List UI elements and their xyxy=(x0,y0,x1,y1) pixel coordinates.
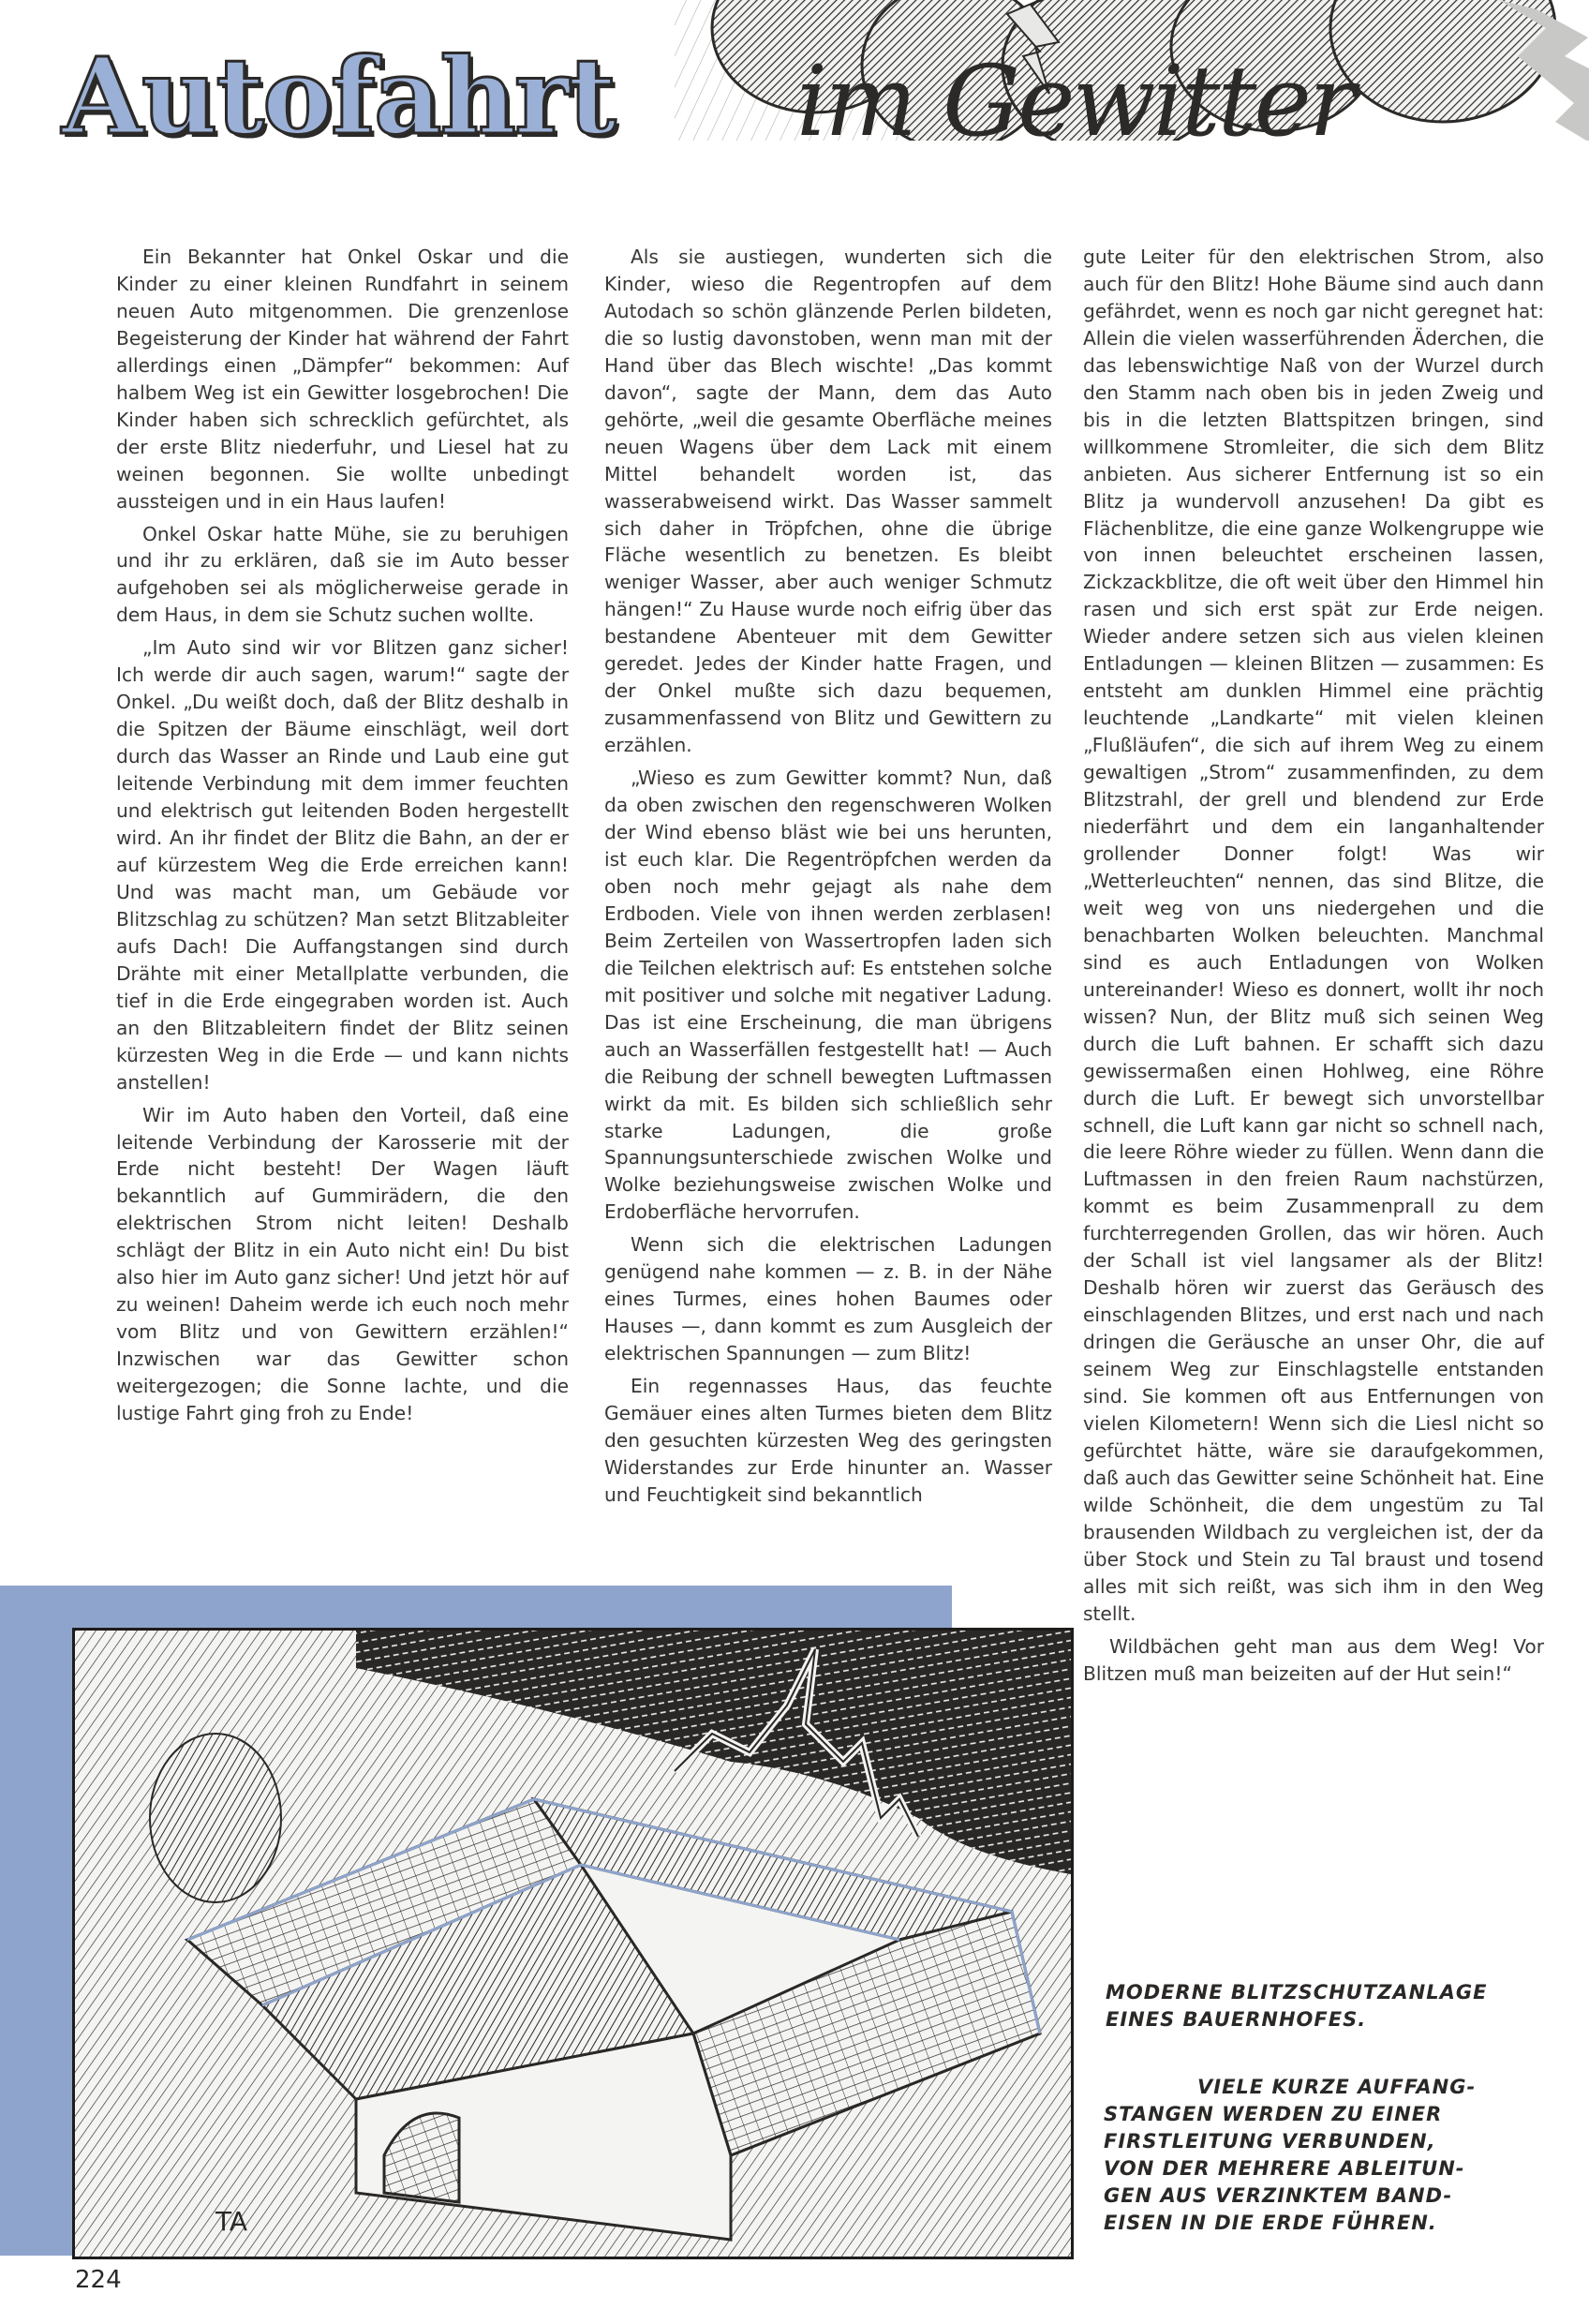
paragraph: Ein regennasses Haus, das feuchte Gemäue… xyxy=(604,1373,1052,1509)
paragraph: Als sie austiegen, wunderten sich die Ki… xyxy=(604,244,1052,759)
caption-line: FIRSTLEITUNG VERBUNDEN, xyxy=(1104,2128,1544,2155)
paragraph: Wildbächen geht man aus dem Weg! Vor Bli… xyxy=(1083,1633,1544,1688)
caption-line: EISEN IN DIE ERDE FÜHREN. xyxy=(1104,2210,1544,2237)
paragraph: Wir im Auto haben den Vorteil, daß eine … xyxy=(116,1102,569,1427)
illustration-caption-body: VIELE KURZE AUFFANG- STANGEN WERDEN ZU E… xyxy=(1104,2074,1544,2237)
title-script: im Gewitter xyxy=(796,52,1353,150)
illustration-caption-title: MODERNE BLITZSCHUTZANLAGE EINES BAUERNHO… xyxy=(1106,1979,1546,2033)
paragraph: Ein Bekannter hat Onkel Oskar und die Ki… xyxy=(116,244,569,515)
title-banner: Autofahrt im Gewitter xyxy=(0,0,1589,225)
farmhouse-drawing-icon: TA xyxy=(75,1631,1071,2257)
farmhouse-illustration: TA xyxy=(72,1628,1074,2259)
page-number: 224 xyxy=(75,2266,122,2294)
blue-background-band xyxy=(0,1979,75,2256)
article-column-3: gute Leiter für den elektrischen Strom, … xyxy=(1083,244,1544,1693)
caption-line: STANGEN WERDEN ZU EINER xyxy=(1104,2101,1544,2128)
caption-line: VIELE KURZE AUFFANG- xyxy=(1104,2074,1544,2101)
caption-line: VON DER MEHRERE ABLEITUN- xyxy=(1104,2155,1544,2182)
caption-line: EINES BAUERNHOFES. xyxy=(1106,2006,1546,2033)
caption-line: MODERNE BLITZSCHUTZANLAGE xyxy=(1106,1979,1546,2006)
paragraph: Wenn sich die elektrischen Ladungen genü… xyxy=(604,1231,1052,1367)
artist-signature: TA xyxy=(215,2206,247,2237)
paragraph: gute Leiter für den elektrischen Strom, … xyxy=(1083,244,1544,1628)
article-column-2: Als sie austiegen, wunderten sich die Ki… xyxy=(604,244,1052,1514)
caption-line: GEN AUS VERZINKTEM BAND- xyxy=(1104,2182,1544,2210)
paragraph: „Im Auto sind wir vor Blitzen ganz siche… xyxy=(116,634,569,1095)
title-main: Autofahrt xyxy=(62,45,615,150)
paragraph: Onkel Oskar hatte Mühe, sie zu beruhigen… xyxy=(116,521,569,630)
paragraph: „Wieso es zum Gewitter kommt? Nun, daß d… xyxy=(604,765,1052,1226)
article-column-1: Ein Bekannter hat Onkel Oskar und die Ki… xyxy=(116,244,569,1433)
